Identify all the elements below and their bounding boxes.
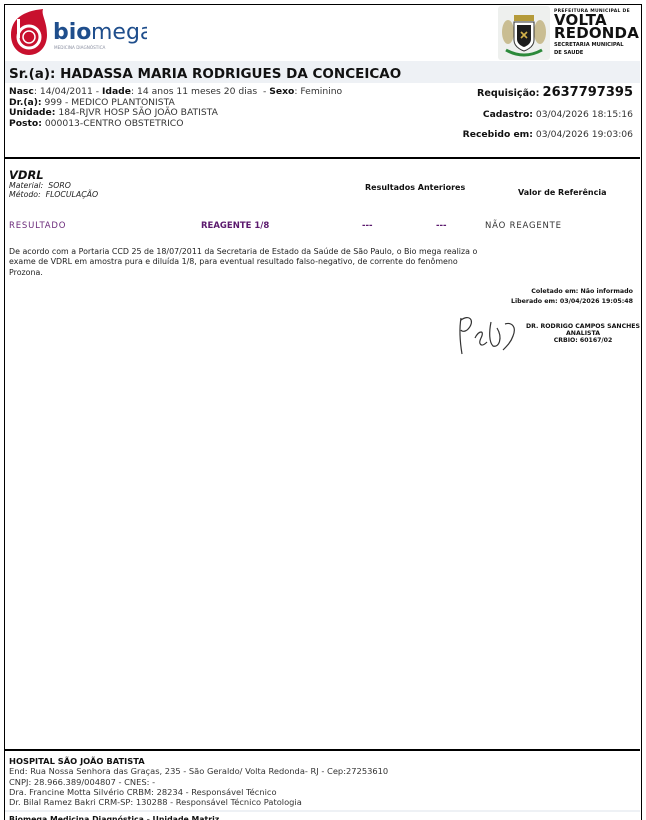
signer-role: ANALISTA [521,330,645,337]
patient-details: Nasc: 14/04/2011 - Idade: 14 anos 11 mes… [9,87,342,129]
collected-date: Não informado [581,288,634,295]
exam-method: FLOCULAÇÃO [46,190,98,199]
lab-unit-name: Biomega Medicina Diagnóstica - Unidade M… [9,815,219,820]
hospital-name: HOSPITAL SÃO JOÃO BATISTA [9,756,388,766]
report-footer: HOSPITAL SÃO JOÃO BATISTA End: Rua Nossa… [9,756,388,807]
unit: 184-RJVR HOSP SÃO JOÃO BATISTA [58,107,218,118]
patient-name-label: Sr.(a): [9,66,55,82]
request-number: 2637797395 [543,85,633,100]
release-info: Coletado em: Não informado Liberado em: … [511,287,633,306]
technical-responsible-1: Dra. Francine Motta Silvério CRBM: 28234… [9,787,388,797]
previous-result-2: --- [436,221,447,231]
result-value: REAGENTE 1/8 [201,221,269,231]
registered-date: 03/04/2026 18:15:16 [536,109,633,120]
section-divider [5,157,640,159]
volta-redonda-coat-of-arms-icon [498,6,550,60]
biomega-drop-logo-icon: bio mega MEDICINA DIAGNÓSTICA [7,7,147,59]
exam-meta: Material: SORO Método: FLOCULAÇÃO [9,181,98,199]
volta-redonda-logo: PREFEITURA MUNICIPAL DE VOLTA REDONDA SE… [498,5,636,61]
signer-name: DR. RODRIGO CAMPOS SANCHES [521,323,645,330]
exam-note: De acordo com a Portaria CCD 25 de 18/07… [9,247,484,278]
svg-text:MEDICINA DIAGNÓSTICA: MEDICINA DIAGNÓSTICA [54,45,106,50]
footer-band [5,810,640,812]
report-header: bio mega MEDICINA DIAGNÓSTICA PREFEITURA… [5,5,640,61]
exam-material: SORO [48,181,71,190]
exam-title: VDRL [9,168,44,182]
lab-report-page: bio mega MEDICINA DIAGNÓSTICA PREFEITURA… [4,4,642,820]
signer-info: DR. RODRIGO CAMPOS SANCHES ANALISTA CRBI… [521,323,645,345]
signature-image [451,308,526,358]
biomega-logo: bio mega MEDICINA DIAGNÓSTICA [7,7,147,59]
patient-name-row: Sr.(a): HADASSA MARIA RODRIGUES DA CONCE… [5,61,640,83]
svg-text:bio: bio [53,20,91,45]
post: 000013-CENTRO OBSTETRICO [45,118,184,129]
doctor: 999 - MEDICO PLANTONISTA [45,97,175,108]
hospital-address: End: Rua Nossa Senhora das Graças, 235 -… [9,766,388,776]
released-date: 03/04/2026 19:05:48 [560,298,633,305]
received-date: 03/04/2026 19:03:06 [536,129,633,140]
result-label: RESULTADO [9,221,66,231]
footer-divider [5,749,640,751]
volta-redonda-text: PREFEITURA MUNICIPAL DE VOLTA REDONDA SE… [554,9,639,56]
birth-date: 14/04/2011 [40,86,93,97]
age: 14 anos 11 meses 20 dias [137,86,257,97]
patient-name: HADASSA MARIA RODRIGUES DA CONCEICAO [60,66,401,82]
reference-value: NÃO REAGENTE [485,221,562,231]
reference-value-header: Valor de Referência [518,188,607,197]
sex: Feminino [300,86,342,97]
request-info: Requisição: 2637797395 Cadastro: 03/04/2… [463,85,633,140]
hospital-cnpj: CNPJ: 28.966.389/004807 - CNES: - [9,777,388,787]
svg-text:mega: mega [91,20,147,45]
previous-results-header: Resultados Anteriores [365,183,465,192]
signer-registration: CRBIO: 60167/02 [521,337,645,344]
handwritten-signature-icon [451,308,526,358]
previous-result-1: --- [362,221,373,231]
technical-responsible-2: Dr. Bilal Ramez Bakri CRM-SP: 130288 - R… [9,797,388,807]
